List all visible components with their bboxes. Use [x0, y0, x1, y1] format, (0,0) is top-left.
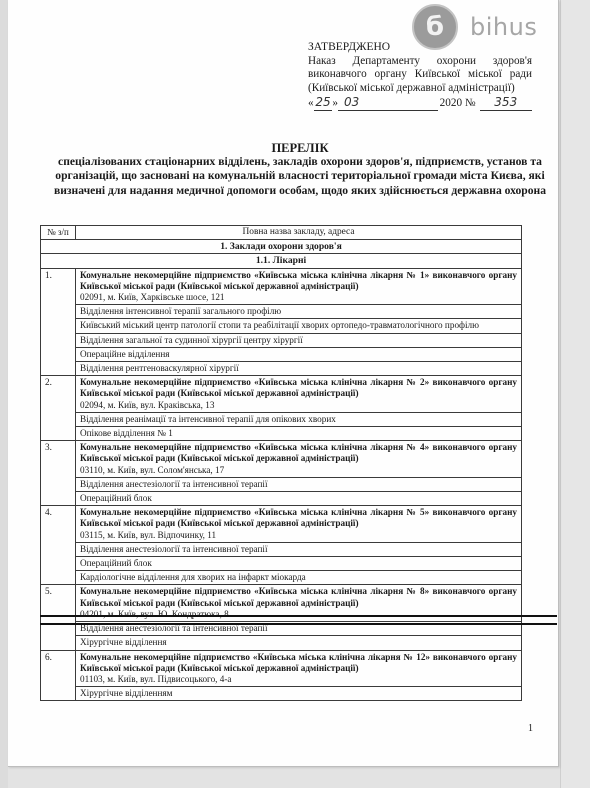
institution-address: 03110, м. Київ, вул. Солом'янська, 17: [80, 465, 517, 476]
approval-day: 25: [314, 96, 333, 111]
section-title: 1. Заклади охорони здоров'я: [41, 240, 522, 254]
approval-date-line: « 25 » 03 2020 № 353: [308, 96, 532, 111]
institution-name: Комунальне некомерційне підприємство «Ки…: [80, 377, 517, 399]
department-name: Відділення реанімації та інтенсивної тер…: [76, 412, 522, 426]
department-row: Відділення рентгеноваскулярної хірургії: [41, 362, 522, 376]
department-name: Київський міський центр патології стопи …: [76, 319, 522, 333]
department-row: Кардіологічне відділення для хворих на і…: [41, 571, 522, 585]
row-number: 3.: [41, 441, 76, 506]
department-name: Відділення анестезіології та інтенсивної…: [76, 477, 522, 491]
institution-row: 3.Комунальне некомерційне підприємство «…: [41, 441, 522, 478]
institution-address: 01103, м. Київ, вул. Підвисоцького, 4-а: [80, 674, 517, 685]
institution-cell: Комунальне некомерційне підприємство «Ки…: [76, 268, 522, 305]
department-name: Хірургічне відділенням: [76, 687, 522, 701]
department-row: Київський міський центр патології стопи …: [41, 319, 522, 333]
department-row: Хірургічне відділенням: [41, 687, 522, 701]
row-number: 4.: [41, 506, 76, 585]
approval-year: 2020 №: [440, 97, 476, 111]
department-name: Операційний блок: [76, 557, 522, 571]
department-name: Відділення анестезіології та інтенсивної…: [76, 542, 522, 556]
institution-name: Комунальне некомерційне підприємство «Ки…: [80, 270, 517, 292]
department-row: Відділення реанімації та інтенсивної тер…: [41, 412, 522, 426]
institution-address: 04201, м. Київ, вул. Ю. Кондратюка, 8: [80, 609, 517, 620]
department-name: Опікове відділення № 1: [76, 427, 522, 441]
institution-cell: Комунальне некомерційне підприємство «Ки…: [76, 506, 522, 543]
row-number: 5.: [41, 585, 76, 650]
table-header-row: № з/п Повна назва закладу, адреса: [41, 226, 522, 240]
department-row: Операційне відділення: [41, 347, 522, 361]
institutions-table: № з/п Повна назва закладу, адреса 1. Зак…: [40, 225, 522, 701]
department-row: Операційний блок: [41, 557, 522, 571]
department-name: Операційне відділення: [76, 347, 522, 361]
document-title: ПЕРЕЛІК: [30, 141, 570, 155]
department-name: Відділення анестезіології та інтенсивної…: [76, 622, 522, 636]
department-name: Відділення рентгеноваскулярної хірургії: [76, 362, 522, 376]
approval-heading: ЗАТВЕРДЖЕНО: [308, 41, 532, 55]
institution-name: Комунальне некомерційне підприємство «Ки…: [80, 507, 517, 529]
subsection-title: 1.1. Лікарні: [41, 254, 522, 268]
institution-row: 6.Комунальне некомерційне підприємство «…: [41, 650, 522, 687]
institution-cell: Комунальне некомерційне підприємство «Ки…: [76, 650, 522, 687]
page-number: 1: [528, 723, 533, 734]
header-name: Повна назва закладу, адреса: [76, 226, 522, 240]
department-name: Хірургічне відділення: [76, 636, 522, 650]
document-title-block: ПЕРЕЛІК спеціалізованих стаціонарних від…: [30, 141, 570, 198]
approval-text: Наказ Департаменту охорони здоров'я вико…: [308, 55, 532, 96]
row-number: 2.: [41, 376, 76, 441]
institution-address: 02091, м. Київ, Харківське шосе, 121: [80, 292, 517, 303]
institution-cell: Комунальне некомерційне підприємство «Ки…: [76, 441, 522, 478]
approval-number: 353: [480, 96, 532, 111]
approval-stamp: ЗАТВЕРДЖЕНО Наказ Департаменту охорони з…: [308, 41, 532, 111]
approval-month: 03: [338, 96, 438, 111]
department-row: Хірургічне відділення: [41, 636, 522, 650]
header-number: № з/п: [41, 226, 76, 240]
institution-row: 2.Комунальне некомерційне підприємство «…: [41, 376, 522, 413]
bihus-brand-text: bihus: [470, 13, 537, 41]
viewer-left-margin: [0, 0, 8, 788]
institution-name: Комунальне некомерційне підприємство «Ки…: [80, 442, 517, 464]
department-row: Відділення анестезіології та інтенсивної…: [41, 622, 522, 636]
institution-address: 03115, м. Київ, вул. Відпочинку, 11: [80, 530, 517, 541]
institution-cell: Комунальне некомерційне підприємство «Ки…: [76, 585, 522, 622]
institution-row: 5.Комунальне некомерційне підприємство «…: [41, 585, 522, 622]
viewer-scrollbar[interactable]: [560, 0, 590, 788]
department-row: Опікове відділення № 1: [41, 427, 522, 441]
institution-name: Комунальне некомерційне підприємство «Ки…: [80, 586, 517, 608]
institution-address: 02094, м. Київ, вул. Краківська, 13: [80, 400, 517, 411]
department-name: Відділення інтенсивної терапії загальног…: [76, 305, 522, 319]
institution-row: 4.Комунальне некомерційне підприємство «…: [41, 506, 522, 543]
department-name: Відділення загальної та судинної хірургі…: [76, 333, 522, 347]
subsection-row: 1.1. Лікарні: [41, 254, 522, 268]
department-row: Відділення анестезіології та інтенсивної…: [41, 477, 522, 491]
department-row: Операційний блок: [41, 492, 522, 506]
department-row: Відділення загальної та судинної хірургі…: [41, 333, 522, 347]
department-name: Операційний блок: [76, 492, 522, 506]
row-number: 6.: [41, 650, 76, 701]
department-row: Відділення анестезіології та інтенсивної…: [41, 542, 522, 556]
institution-cell: Комунальне некомерційне підприємство «Ки…: [76, 376, 522, 413]
department-row: Відділення інтенсивної терапії загальног…: [41, 305, 522, 319]
document-subtitle: спеціалізованих стаціонарних відділень, …: [40, 155, 560, 198]
institution-row: 1.Комунальне некомерційне підприємство «…: [41, 268, 522, 305]
institution-name: Комунальне некомерційне підприємство «Ки…: [80, 652, 517, 674]
section-row: 1. Заклади охорони здоров'я: [41, 240, 522, 254]
row-number: 1.: [41, 268, 76, 376]
department-name: Кардіологічне відділення для хворих на і…: [76, 571, 522, 585]
